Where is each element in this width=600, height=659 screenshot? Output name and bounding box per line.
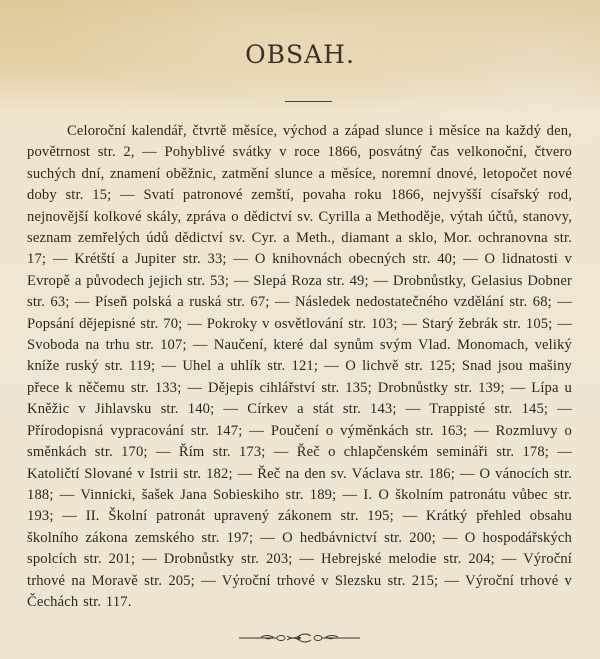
book-page: OBSAH. Celoroční kalendář, čtvrtě měsíce… [0,0,600,659]
ornament-divider-icon [237,632,362,644]
title-underline [285,101,332,102]
page-title: OBSAH. [0,40,600,69]
table-of-contents-text: Celoroční kalendář, čtvrtě měsíce, výcho… [27,121,572,613]
